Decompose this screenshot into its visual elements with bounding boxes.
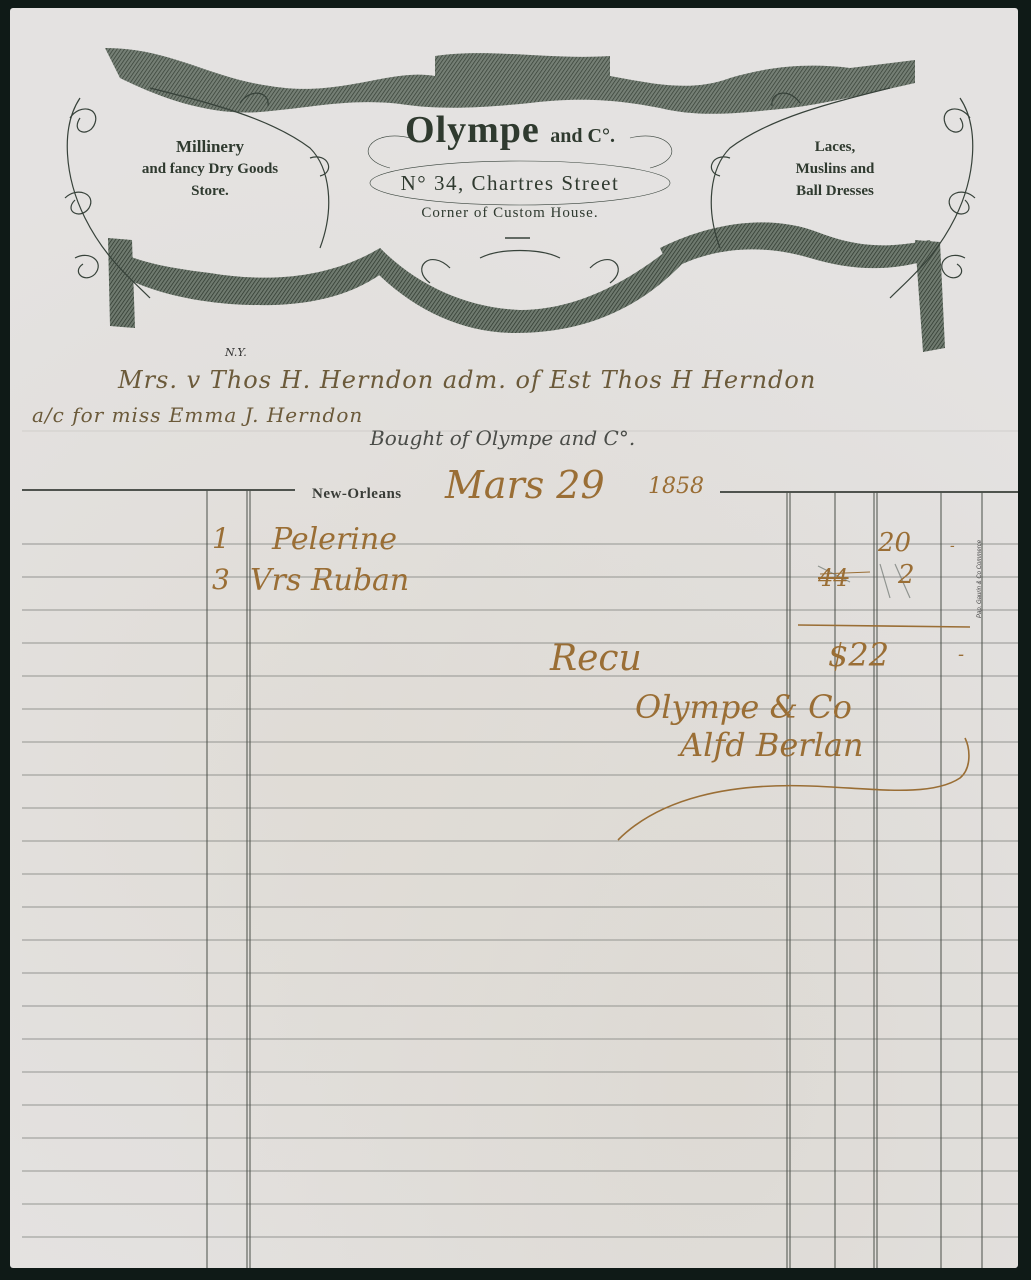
left-panel-line: and fancy Dry Goods bbox=[110, 158, 310, 180]
total-amount: $22 bbox=[828, 636, 889, 674]
company-name-main: Olympe bbox=[405, 109, 540, 151]
item-description: Pelerine bbox=[272, 522, 397, 557]
company-name: Olympe and C°. bbox=[330, 108, 690, 152]
item-qty: 3 bbox=[212, 563, 230, 596]
item-struck-amount: 44 bbox=[818, 564, 849, 592]
right-panel-line: Muslins and bbox=[735, 158, 935, 180]
item-description: Vrs Ruban bbox=[250, 563, 409, 598]
item-amount: 20 bbox=[878, 528, 911, 558]
right-panel-text: Laces, Muslins and Ball Dresses bbox=[735, 136, 935, 202]
date-handwritten: Mars 29 bbox=[445, 463, 605, 507]
signature-name: Alfd Berlan bbox=[680, 726, 864, 764]
company-cross-street: Corner of Custom House. bbox=[370, 205, 650, 222]
location-label: New-Orleans bbox=[312, 486, 402, 503]
left-panel-text: Millinery and fancy Dry Goods Store. bbox=[110, 136, 310, 202]
invoice-paper: Olympe and C°. N° 34, Chartres Street Co… bbox=[10, 8, 1018, 1268]
left-panel-line: Millinery bbox=[110, 136, 310, 158]
printer-margin-note: Pap. Gaurin & Co Commerce bbox=[977, 540, 983, 618]
bought-of-line: Bought of Olympe and C°. bbox=[370, 426, 635, 450]
addressee-line-1: Mrs. v Thos H. Herndon adm. of Est Thos … bbox=[118, 366, 816, 394]
left-panel-line: Store. bbox=[110, 180, 310, 202]
addressee-line-2: a/c for miss Emma J. Herndon bbox=[32, 403, 363, 427]
date-year: 1858 bbox=[648, 474, 704, 499]
right-panel-line: Laces, bbox=[735, 136, 935, 158]
company-address: N° 34, Chartres Street bbox=[350, 171, 670, 196]
signature-company: Olympe & Co bbox=[635, 688, 852, 726]
company-name-suffix: and C°. bbox=[550, 125, 615, 147]
right-panel-line: Ball Dresses bbox=[735, 180, 935, 202]
item-qty: 1 bbox=[212, 522, 230, 555]
item-amount: 2 bbox=[898, 560, 915, 590]
total-cents: - bbox=[958, 644, 964, 665]
total-label: Recu bbox=[550, 638, 642, 679]
addressee-annotation: N.Y. bbox=[225, 346, 247, 359]
item-cents: - bbox=[950, 538, 955, 554]
